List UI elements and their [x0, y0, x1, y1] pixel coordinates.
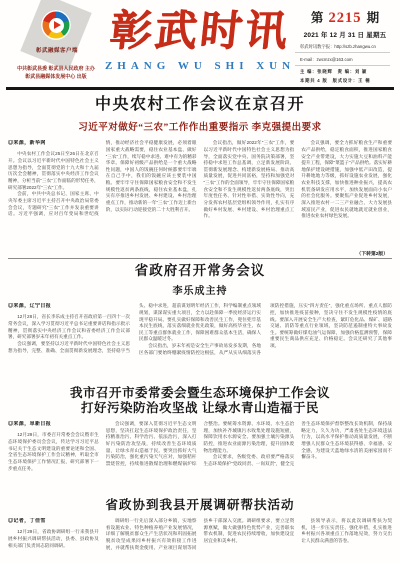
newspaper-page: 彰武融媒客户端 中共彰武县委 彰武县人民政府 主办 彰武县融媒体发展中心 出版 …	[0, 0, 400, 563]
article-3-byline: ◎来源，阜新日报	[8, 421, 99, 428]
masthead-pinyin: ZHANG WU SHI XUN	[104, 60, 296, 72]
app-badge-label: 彰武融媒客户端	[24, 46, 90, 54]
article-1-byline: ◎来源，新华网	[8, 140, 99, 147]
article-paragraph: 会议强调，要全力抓好粮食生产和重要农产品供给，稳定粮食面积，推进国家粮食安全产业…	[301, 140, 392, 220]
staff-line-2: 本期共 4 版 版式设计：王 楠	[295, 78, 395, 84]
article-paragraph: 调研组一行先后深入部分乡镇，实地察看设施农业、特色种植养殖产业发展情况，详细了解…	[106, 518, 295, 551]
article-paragraph: 中央农村工作会议25日至26日在北京召开。会议以习近平新时代中国特色社会主义思想…	[8, 151, 99, 191]
article-1-subhead: 习近平对做好“三农”工作作出重要指示 李克强提出要求	[8, 119, 392, 133]
continued-on-page-2-note: （下转第2版）	[357, 250, 388, 257]
issue-number: 2215	[329, 10, 362, 26]
article-3-body: ◎来源，阜新日报 12月29日，市委召开常委会会议暨市生态环境保护委员会会议，传…	[8, 421, 392, 494]
article-central-rural-work-conference: 中央农村工作会议在京召开 习近平对做好“三农”工作作出重要指示 李克强提出要求 …	[8, 95, 392, 258]
article-ecological-protection-meeting: 我市召开市委常委会暨生态环境保护工作会议 打好污染防治攻坚战 让绿水青山造福于民…	[8, 386, 392, 494]
article-paragraph: 12月29日，省政协调研组一行来我县开展乡村振兴调研帮扶活动，县委、县政协及相关…	[8, 529, 99, 549]
article-3-headline: 我市召开市委常委会暨生态环境保护工作会议 打好污染防治攻坚战 让绿水青山造福于民	[8, 386, 392, 416]
issue-line: 第 2215 期	[295, 8, 395, 27]
logo-block: 彰武融媒客户端 中共彰武县委 彰武县人民政府 主办 彰武县融媒体发展中心 出版	[10, 5, 102, 85]
staff-line-1: 主 编：张晓辉 责 编：刘 颖	[295, 69, 395, 75]
header-rule	[6, 87, 394, 90]
article-2-byline: ◎来源，辽宁日报	[8, 303, 130, 310]
issue-info: 第 2215 期 2021 年 12 月 31 日 星期五 彰武时讯数字报：ht…	[295, 8, 395, 84]
article-2-headline: 省政府召开常务会议	[8, 263, 392, 279]
article-cppcc-research-visit: 省政协到我县开展调研帮扶活动 ◎记者，丁佳雪 12月29日，省政协调研组一行来我…	[8, 498, 392, 560]
issue-suffix: 期	[367, 11, 380, 25]
media-logo-icon	[41, 10, 71, 40]
article-4-headline: 省政协到我县开展调研帮扶活动	[8, 498, 392, 513]
issue-email: E-mail：zwcmzx@163.com	[295, 57, 390, 66]
issue-prefix: 第	[311, 11, 324, 25]
article-paragraph: 会议指出，做好2022年“三农”工作，要以习近平新时代中国特色社会主义思想为指导…	[204, 140, 295, 220]
section-divider	[8, 258, 392, 259]
article-paragraph: 县领导表示，将以此次调研帮扶为契机，进一步压实责任、强化举措，扎实推进乡村振兴各…	[301, 518, 392, 545]
issue-date: 2021 年 12 月 31 日 星期五	[295, 30, 395, 39]
article-2-body: ◎来源，辽宁日报 12月28日，省长李乐成主持召开省政府第一百四十一次常务会议，…	[8, 303, 392, 383]
article-provincial-executive-meeting: 省政府召开常务会议 李乐成主持 ◎来源，辽宁日报 12月28日，省长李乐成主持召…	[8, 263, 392, 383]
article-3-headline-line1: 我市召开市委常委会暨生态环境保护工作会议	[8, 386, 392, 401]
masthead-title: 彰武时讯	[101, 7, 298, 55]
article-4-body: ◎记者，丁佳雪 12月29日，省政协调研组一行来我县开展乡村振兴调研帮扶活动，县…	[8, 518, 392, 560]
article-3-headline-line2: 打好污染防治攻坚战 让绿水青山造福于民	[8, 401, 392, 416]
masthead: 彰武时讯 ZHANG WU SHI XUN	[104, 7, 296, 72]
article-1-headline: 中央农村工作会议在京召开	[8, 95, 392, 114]
article-paragraph: 12月28日，省长李乐成主持召开省政府第一百四十一次常务会议，深入学习贯彻习近平…	[8, 314, 130, 341]
article-paragraph: 12月29日，市委召开常委会会议暨市生态环境保护委员会会议，传达学习习近平总书记…	[8, 432, 99, 472]
article-2-subhead: 李乐成主持	[8, 282, 392, 297]
digital-paper-url: 彰武时讯数字报：http://szb.zhangwu.cn	[295, 44, 390, 53]
sponsor-line: 中共彰武县委 彰武县人民政府 主办	[10, 65, 102, 72]
article-1-body: ◎来源，新华网 中央农村工作会议25日至26日在北京召开。会议以习近平新时代中国…	[8, 140, 392, 258]
article-4-byline: ◎记者，丁佳雪	[8, 518, 99, 525]
play-icon	[49, 18, 64, 33]
publisher-line: 彰武县融媒体发展中心 出版	[10, 73, 102, 80]
